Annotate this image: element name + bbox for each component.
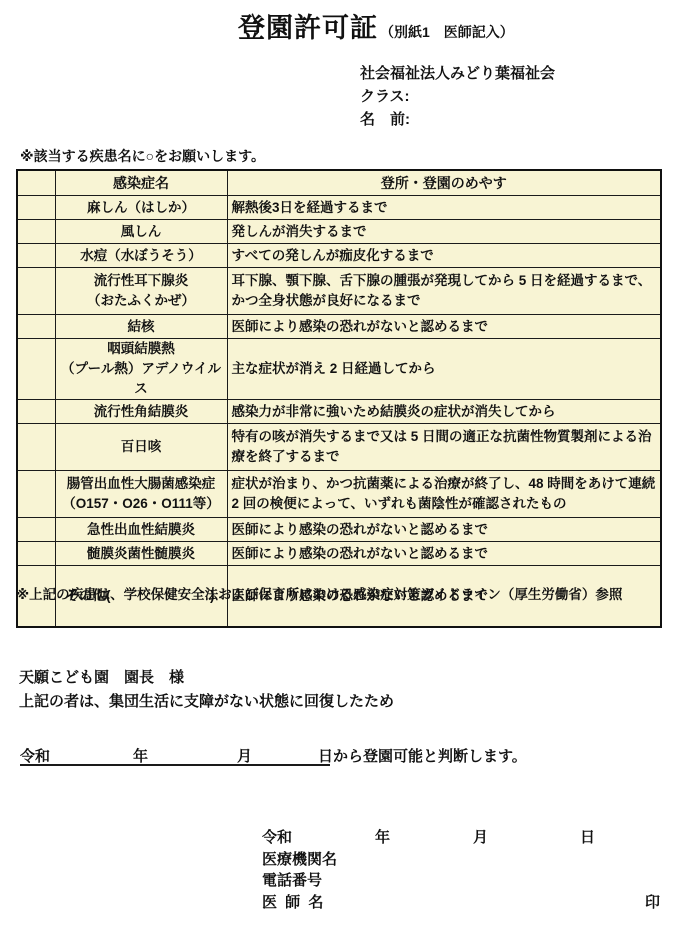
- document-title: 登園許可証: [238, 6, 378, 45]
- date-line-rest: 日から登園可能と判断します。: [318, 745, 527, 766]
- doctor-name-label: 医 師 名: [262, 891, 325, 912]
- circle-instruction-note: ※該当する疾患名に○をお願いします。: [20, 146, 265, 166]
- table-row: 百日咳 特有の咳が消失するまで又は 5 日間の適正な抗菌性物質製剤による治療を終…: [17, 424, 661, 471]
- return-criteria: 医師により感染の恐れがないと認めるまで: [227, 542, 661, 566]
- seal-label: 印: [645, 891, 660, 912]
- table-row: 風しん 発しんが消失するまで: [17, 220, 661, 244]
- disease-name: 風しん: [55, 220, 227, 244]
- era-label: 令和: [262, 826, 292, 847]
- circle-mark-cell: [17, 244, 55, 268]
- return-criteria: 解熱後3日を経過するまで: [227, 196, 661, 220]
- organization-name: 社会福祉法人みどり葉福祉会: [360, 62, 555, 85]
- circle-mark-cell: [17, 400, 55, 424]
- header-info-block: 社会福祉法人みどり葉福祉会 クラス: 名 前:: [360, 62, 555, 131]
- return-criteria: 医師により感染の恐れがないと認めるまで: [227, 518, 661, 542]
- disease-table: 感染症名 登所・登園のめやす 麻しん（はしか） 解熱後3日を経過するまで 風しん…: [16, 169, 662, 628]
- month-label: 月: [237, 745, 252, 766]
- return-criteria: 耳下腺、顎下腺、舌下腺の腫張が発現してから 5 日を経過するまで、かつ全身状態が…: [227, 268, 661, 315]
- doctor-name-line: 医 師 名 印: [262, 891, 682, 913]
- return-criteria: 発しんが消失するまで: [227, 220, 661, 244]
- recovery-statement: 上記の者は、集団生活に支障がない状態に回復したため: [19, 690, 394, 711]
- table-row: 髄膜炎菌性髄膜炎 医師により感染の恐れがないと認めるまで: [17, 542, 661, 566]
- date-underline: 令和 年 月: [20, 745, 330, 766]
- table-row: 流行性角結膜炎 感染力が非常に強いため結膜炎の症状が消失してから: [17, 400, 661, 424]
- guideline-reference-note: ※上記の疾患は、学校保健安全法および保育所における感染症対策ガイドライン（厚生労…: [16, 583, 622, 603]
- physician-footer-block: 令和 年 月 日 医療機関名 電話番号 医 師 名 印: [262, 826, 682, 912]
- circle-mark-cell: [17, 518, 55, 542]
- table-header-row: 感染症名 登所・登園のめやす: [17, 170, 661, 196]
- mark-header-cell: [17, 170, 55, 196]
- circle-mark-cell: [17, 339, 55, 400]
- disease-name: 流行性角結膜炎: [55, 400, 227, 424]
- circle-mark-cell: [17, 315, 55, 339]
- disease-name: 髄膜炎菌性髄膜炎: [55, 542, 227, 566]
- class-label: クラス:: [360, 85, 555, 108]
- table-row: 咽頭結膜熱 （プール熱）アデノウイルス 主な症状が消え 2 日経過してから: [17, 339, 661, 400]
- return-criteria: 主な症状が消え 2 日経過してから: [227, 339, 661, 400]
- table-row: 急性出血性結膜炎 医師により感染の恐れがないと認めるまで: [17, 518, 661, 542]
- circle-mark-cell: [17, 220, 55, 244]
- document-title-note: （別紙1 医師記入）: [380, 22, 514, 42]
- year-label: 年: [375, 826, 390, 847]
- year-label: 年: [133, 745, 148, 766]
- return-criteria: 特有の咳が消失するまで又は 5 日間の適正な抗菌性物質製剤による治療を終了するま…: [227, 424, 661, 471]
- circle-mark-cell: [17, 471, 55, 518]
- disease-name: 急性出血性結膜炎: [55, 518, 227, 542]
- disease-name-header: 感染症名: [55, 170, 227, 196]
- circle-mark-cell: [17, 542, 55, 566]
- disease-name: 咽頭結膜熱 （プール熱）アデノウイルス: [55, 339, 227, 400]
- phone-number-label: 電話番号: [262, 869, 682, 891]
- return-criteria: 症状が治まり、かつ抗菌薬による治療が終了し、48 時間をあけて連続 2 回の検便…: [227, 471, 661, 518]
- table-row: 結核 医師により感染の恐れがないと認めるまで: [17, 315, 661, 339]
- era-label: 令和: [20, 745, 50, 766]
- table-row: 水痘（水ぼうそう） すべての発しんが痂皮化するまで: [17, 244, 661, 268]
- circle-mark-cell: [17, 196, 55, 220]
- return-criteria: 医師により感染の恐れがないと認めるまで: [227, 315, 661, 339]
- name-label: 名 前:: [360, 108, 555, 131]
- table-row: 流行性耳下腺炎 （おたふくかぜ） 耳下腺、顎下腺、舌下腺の腫張が発現してから 5…: [17, 268, 661, 315]
- table-row: 麻しん（はしか） 解熱後3日を経過するまで: [17, 196, 661, 220]
- disease-name: 流行性耳下腺炎 （おたふくかぜ）: [55, 268, 227, 315]
- disease-name: 麻しん（はしか）: [55, 196, 227, 220]
- circle-mark-cell: [17, 268, 55, 315]
- addressee-line: 天願こども園 園長 様: [19, 666, 184, 687]
- circle-mark-cell: [17, 424, 55, 471]
- document-page: 登園許可証 （別紙1 医師記入） 社会福祉法人みどり葉福祉会 クラス: 名 前:…: [0, 0, 698, 932]
- day-label: 日: [580, 826, 595, 847]
- criteria-header: 登所・登園のめやす: [227, 170, 661, 196]
- disease-name: 水痘（水ぼうそう）: [55, 244, 227, 268]
- month-label: 月: [473, 826, 488, 847]
- disease-name: 百日咳: [55, 424, 227, 471]
- footer-date-line: 令和 年 月 日: [262, 826, 682, 848]
- return-criteria: すべての発しんが痂皮化するまで: [227, 244, 661, 268]
- disease-name: 結核: [55, 315, 227, 339]
- clinic-name-label: 医療機関名: [262, 848, 682, 870]
- table-row: 腸管出血性大腸菌感染症 （O157・O26・O111等） 症状が治まり、かつ抗菌…: [17, 471, 661, 518]
- disease-name: 腸管出血性大腸菌感染症 （O157・O26・O111等）: [55, 471, 227, 518]
- document-title-row: 登園許可証 （別紙1 医師記入）: [238, 6, 514, 45]
- return-criteria: 感染力が非常に強いため結膜炎の症状が消失してから: [227, 400, 661, 424]
